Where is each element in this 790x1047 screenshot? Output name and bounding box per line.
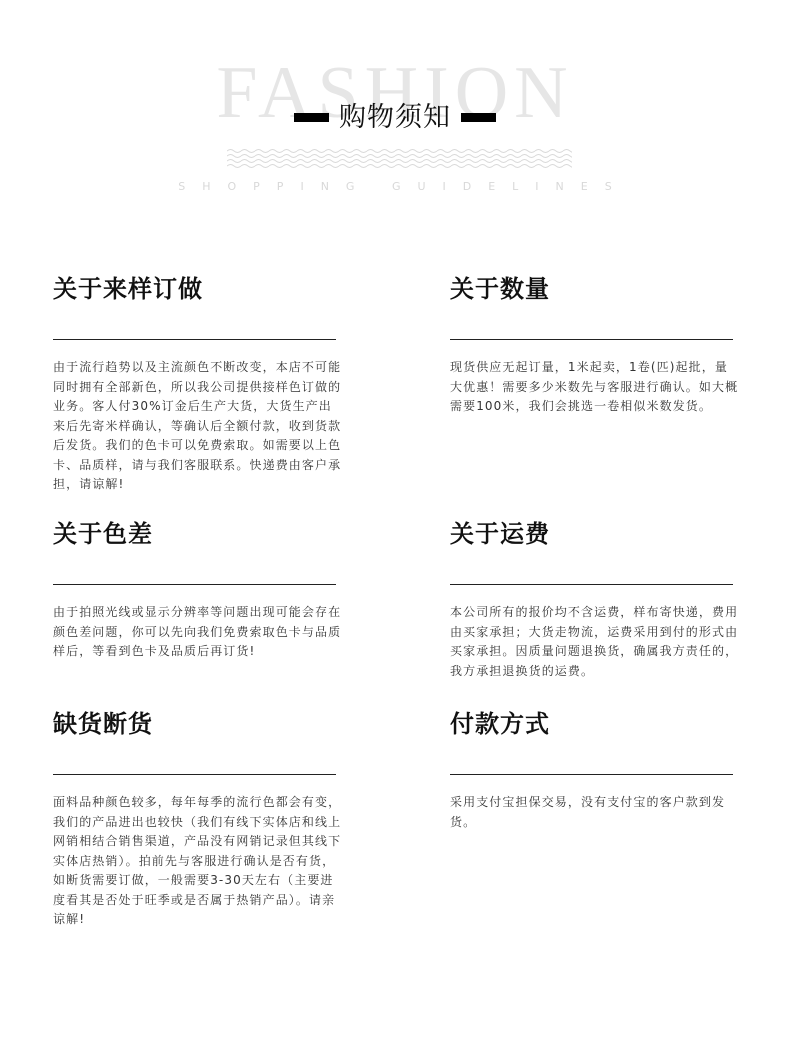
section-body: 现货供应无起订量，1米起卖，1卷(匹)起批，量大优惠！需要多少米数先与客服进行确… [450, 358, 740, 417]
page-subtitle: SHOPPING GUIDELINES [0, 180, 790, 193]
section-shipping-fee: 关于运费 本公司所有的报价均不含运费，样布寄快递，费用由买家承担；大货走物流，运… [450, 522, 733, 546]
section-quantity: 关于数量 现货供应无起订量，1米起卖，1卷(匹)起批，量大优惠！需要多少米数先与… [450, 277, 733, 301]
section-body: 由于流行趋势以及主流颜色不断改变，本店不可能同时拥有全部新色，所以我公司提供接样… [53, 358, 343, 495]
section-title: 关于数量 [450, 277, 733, 301]
section-title: 缺货断货 [53, 712, 336, 736]
section-title: 付款方式 [450, 712, 733, 736]
section-divider [53, 774, 336, 775]
section-divider [53, 339, 336, 340]
section-divider [450, 584, 733, 585]
page-title-row: 购物须知 [0, 104, 790, 131]
section-out-of-stock: 缺货断货 面料品种颜色较多，每年每季的流行色都会有变，我们的产品进出也较快（我们… [53, 712, 336, 736]
section-color-difference: 关于色差 由于拍照光线或显示分辨率等问题出现可能会存在颜色差问题，你可以先向我们… [53, 522, 336, 546]
section-divider [450, 339, 733, 340]
section-title: 关于运费 [450, 522, 733, 546]
section-body: 面料品种颜色较多，每年每季的流行色都会有变，我们的产品进出也较快（我们有线下实体… [53, 793, 343, 930]
title-bar-right-decoration [461, 113, 496, 122]
page-title: 购物须知 [339, 104, 451, 131]
section-custom-samples: 关于来样订做 由于流行趋势以及主流颜色不断改变，本店不可能同时拥有全部新色，所以… [53, 277, 336, 301]
page-header: FASHION 购物须知 SHOPPING GUIDELINES [0, 0, 790, 210]
section-title: 关于来样订做 [53, 277, 336, 301]
wave-divider-icon [227, 148, 572, 170]
section-body: 采用支付宝担保交易，没有支付宝的客户款到发货。 [450, 793, 740, 832]
section-divider [450, 774, 733, 775]
section-payment-method: 付款方式 采用支付宝担保交易，没有支付宝的客户款到发货。 [450, 712, 733, 736]
section-body: 本公司所有的报价均不含运费，样布寄快递，费用由买家承担；大货走物流，运费采用到付… [450, 603, 740, 681]
section-divider [53, 584, 336, 585]
section-body: 由于拍照光线或显示分辨率等问题出现可能会存在颜色差问题，你可以先向我们免费索取色… [53, 603, 343, 662]
section-title: 关于色差 [53, 522, 336, 546]
title-bar-left-decoration [294, 113, 329, 122]
